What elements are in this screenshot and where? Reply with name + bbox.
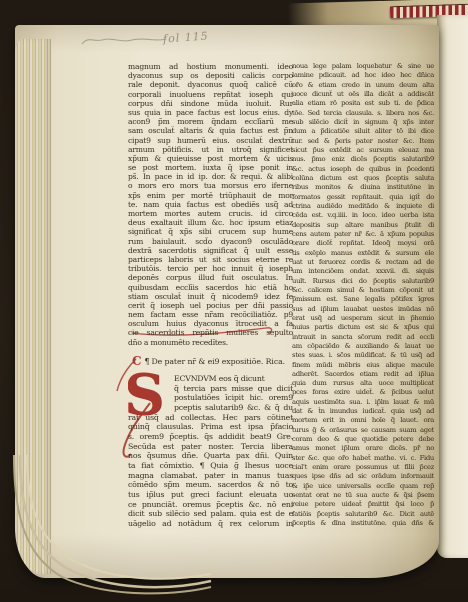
text-line: quibusdam ecclīis sacerdos hic etiā ho bbox=[128, 283, 293, 292]
text-line: dño a monumēto recedītes. bbox=[128, 338, 293, 347]
text-line: aquis uestimēta sua. i. ip̃lm lauat & mū bbox=[292, 398, 434, 407]
text-line: dicit sub silēcio sed palam. quia est de… bbox=[128, 509, 293, 519]
text-line: noua lege palam loquebatur & sine ue bbox=[292, 62, 434, 71]
text-line: uult. Rursus dici do p̃ceptis salutarib9 bbox=[292, 277, 434, 286]
text-line: uoce dicunt̃ ut oēs illa dicāt a addiscā… bbox=[292, 90, 434, 99]
text-line: dextrā sacerdotis significat q̃ uult ess… bbox=[128, 246, 293, 255]
text-line: rale deponit. dyaconus quoq̃ calicē cū bbox=[128, 80, 293, 89]
text-line: mortem erit in omni hoīe q̃ lauet. ora bbox=[292, 416, 434, 425]
text-line: tis exēplo manus extēdit & sursum ele bbox=[292, 249, 434, 258]
text-line: &c. actus ioseph de quibus in p̃cedenti bbox=[292, 165, 434, 174]
text-line: particeps laboris ut sit socius eterne r… bbox=[128, 255, 293, 264]
text-line: sam osculat̃ altaris & quia factus est p… bbox=[128, 126, 293, 135]
text-line: quia dum rursus alta uoce multiplicat bbox=[292, 379, 434, 388]
text-line: um intenciōem ondat. xxxvii. di. siquis bbox=[292, 267, 434, 276]
text-line: lamine pdicauit. ad hoc ideo hec dñica bbox=[292, 71, 434, 80]
text-line: orare dicēt̃ repñtat. Ideoq̃ moysi orā bbox=[292, 239, 434, 248]
text-line: tributōis. tercio per hoc innuit q̃ iose… bbox=[128, 264, 293, 273]
text-line: osculum huius dyaconus ītrocedit a fa bbox=[128, 319, 293, 328]
text-line: ques ipse dñs ad sic orādum informauit bbox=[292, 472, 434, 481]
text-line: armum pōtificis. ut in utroq̃ significet bbox=[128, 145, 293, 154]
text-line: am cōpaciēdo & auxiliando & lauat ue bbox=[292, 342, 434, 351]
text-line: huius partis dictum est sic & xp̃us qui bbox=[292, 323, 434, 332]
text-line: finem mūdi mēbris eius alique macule bbox=[292, 361, 434, 370]
text-line: p̃ceptis & dīna institutōne. quia dñs & bbox=[292, 519, 434, 528]
text-line: nus. p̃mo eniz dicēs p̃ceptis salutarib9 bbox=[292, 155, 434, 164]
text-line: coram deo & que quotidie petere debe bbox=[292, 435, 434, 444]
text-line: cipat9 sup humerū eius. osculat̃ dextrū bbox=[128, 136, 293, 145]
text-line: tus ip̃lus put greci faciunt eleuata uo bbox=[128, 490, 293, 500]
text-line: xp̃s enim per mortē triūphauit de mor bbox=[128, 191, 293, 200]
text-line: ribus monitos & diuina institutōne in bbox=[292, 183, 434, 192]
handwriting-squiggle bbox=[78, 28, 168, 52]
text-line: Secūda est pater noster. Tercia libera bbox=[128, 442, 293, 452]
text-line: ce pnunciāt. oremus p̃ceptis &c. nō eni bbox=[128, 500, 293, 510]
text-line: ps̃. In pace in id ip. dor. & requi. & a… bbox=[128, 172, 293, 181]
text-line: ta fiat cōmixtio. ¶ Quia g̃ Ihesus uoce bbox=[128, 461, 293, 471]
right-column: noua lege palam loquebatur & sine uelami… bbox=[292, 62, 434, 528]
text-line: adherēt. Sacerdos etiam redit ad ip̃lua bbox=[292, 370, 434, 379]
text-line: p̃missum est. Sane legalis pōtifex īgres bbox=[292, 295, 434, 304]
text-line: & ip̃e uice universalis ecclīe quam rep̃ bbox=[292, 482, 434, 491]
text-line: amus monet ip̃lum orare dicēs. pr̃ no bbox=[292, 444, 434, 453]
text-line: significat q̃ xp̃s sibi crucem sup hume bbox=[128, 227, 293, 236]
text-line: cial't enim orare possumus ut filii p̃ce… bbox=[292, 463, 434, 472]
text-line: colūna dictum est quos p̃ceptis saluta bbox=[292, 174, 434, 183]
text-line: rum baiulauit. scd̃o dyacon9 osculãdo bbox=[128, 237, 293, 246]
drop-cap-initial: S bbox=[128, 370, 172, 422]
text-line: se post mortem. iuxta q̃ ipse ponit in bbox=[128, 163, 293, 172]
book-photo: fol 115 magnum ad hostium monumenti. ide… bbox=[0, 0, 468, 602]
text-line: cie sacerdotis repñtis mulieres sepulto bbox=[128, 328, 293, 337]
text-line: uāgelio ad notādum q̃ rex celorum in bbox=[128, 519, 293, 529]
left-column-paragraph-1: magnum ad hostium monumenti. ideodyaconu… bbox=[128, 62, 293, 347]
text-line: cēda est. v.q.iiii. in loco. ideo uerba … bbox=[292, 211, 434, 220]
text-line: alia etiam rō posita est sub ti. de p̃di… bbox=[292, 99, 434, 108]
text-line: corpus dñi sindone mūda iuoluit. Rur bbox=[128, 99, 293, 108]
text-line: magna clamabat. pater in manus tuas bbox=[128, 471, 293, 481]
text-line: sicut p̃us extēdit ac sursum eleuaz ma bbox=[292, 146, 434, 155]
text-line: sub silēcio dicit̃ in signum q̃ xp̃s int… bbox=[292, 118, 434, 127]
text-line: intrauit in sancta sc̃orum redit ad eccl… bbox=[292, 333, 434, 342]
text-line: fatiōis p̃ceptis salutarib9 &c. Dicit au… bbox=[292, 510, 434, 519]
text-line: dat & t̃n imundus iudicat̃. quia usq̃ ad bbox=[292, 407, 434, 416]
text-line: te. nam quia factus est obediēs usq̃ ad bbox=[128, 200, 293, 209]
text-line: xp̃um & quieuisse post mortem & uicis bbox=[128, 154, 293, 163]
text-line: stes suas. i. sc̃os mūdificat. & tū usq̃… bbox=[292, 351, 434, 360]
text-line: formatos gessit repñtauit. quia igit̃ do bbox=[292, 193, 434, 202]
text-line: ster &c. que or̃o habet̃ mathe. vi. c. F… bbox=[292, 454, 434, 463]
text-line: s. orem9 p̃ceptis. q̃s addidit beat9 Gre… bbox=[128, 432, 293, 442]
left-column: magnum ad hostium monumenti. ideodyaconu… bbox=[128, 62, 293, 529]
text-line: sentat orat ne tū sua aucte & q̃si p̃sem bbox=[292, 491, 434, 500]
text-line: ctrina audiēdo meditādo & inquiete di bbox=[292, 202, 434, 211]
text-line: nos q̃sumus dñe. Quarta pax dñi. Quin bbox=[128, 451, 293, 461]
text-line: depositis sup altare manibus p̃tulit di bbox=[292, 221, 434, 230]
heading-text: De pater nr̃ & ei9 expositiōe. Rica. bbox=[151, 357, 285, 366]
text-line: o mors ero mors tua morsus ero iferne bbox=[128, 181, 293, 190]
text-line: stiam osculat̃ inuit q̃ nicodem9 idez fe bbox=[128, 292, 293, 301]
text-line: deponēs corpus illud fuit osculatus. In bbox=[128, 273, 293, 282]
text-line: corporali inuoluens repñtat ioseph qui bbox=[128, 90, 293, 99]
text-line: magnum ad hostium monumenti. ideo bbox=[128, 62, 293, 71]
text-line: sus ad ip̃lum lauabat uestes imūdas nō bbox=[292, 305, 434, 314]
text-line: mortem mortes autem crucis. id circo bbox=[128, 209, 293, 218]
text-line: tur. sed & p̃eris pater noster &c. Item bbox=[292, 137, 434, 146]
text-line: nem factam esse nr̃am recōciliatiōz. p9 bbox=[128, 310, 293, 319]
text-line: dum a p̃dicatiōe siluit aliter tō ibi di… bbox=[292, 127, 434, 136]
text-line: cōmēdo sp̃m meum. sacerdos & nō to bbox=[128, 480, 293, 490]
text-line: reiue petere uideat̃ p̃mittit q̃si loco … bbox=[292, 500, 434, 509]
text-line: deus exaltauit illum &c. hoc ipsum etiaz bbox=[128, 218, 293, 227]
text-line: turus g̃ & orāsurus se causam suam aget bbox=[292, 426, 434, 435]
text-line: cens autem pater nr̃ &c. ā xp̃um populus bbox=[292, 230, 434, 239]
text-line: cerit q̃ ioseph uel pocius per dñi passi… bbox=[128, 301, 293, 310]
text-line: tōe. Sed tercia clausula. s. libera nos … bbox=[292, 109, 434, 118]
text-line: erat usq̃ ad uesperam sicut in p̃hemio bbox=[292, 314, 434, 323]
text-line: sus quia in pace factus est locus eius. … bbox=[128, 108, 293, 117]
text-line: or̃o & etiam credo in unum deum alta bbox=[292, 81, 434, 90]
left-column-paragraph-2: S ECVNDVM eos q̃ dicuntq̃ tercia pars mi… bbox=[128, 374, 293, 529]
text-line: uat ut feruorez cordis & rectam ad de bbox=[292, 258, 434, 267]
text-line: dyaconus sup os depositi calicis corpo bbox=[128, 71, 293, 80]
text-line: &c. calicem simul & hostiam cōponit ut bbox=[292, 286, 434, 295]
text-line: acon9 p̃m morem q̃ndam ecclīarū me bbox=[128, 117, 293, 126]
facing-page-edge bbox=[437, 15, 468, 558]
text-line: pces foras exire uidet̃. & p̃cibus uelut bbox=[292, 388, 434, 397]
